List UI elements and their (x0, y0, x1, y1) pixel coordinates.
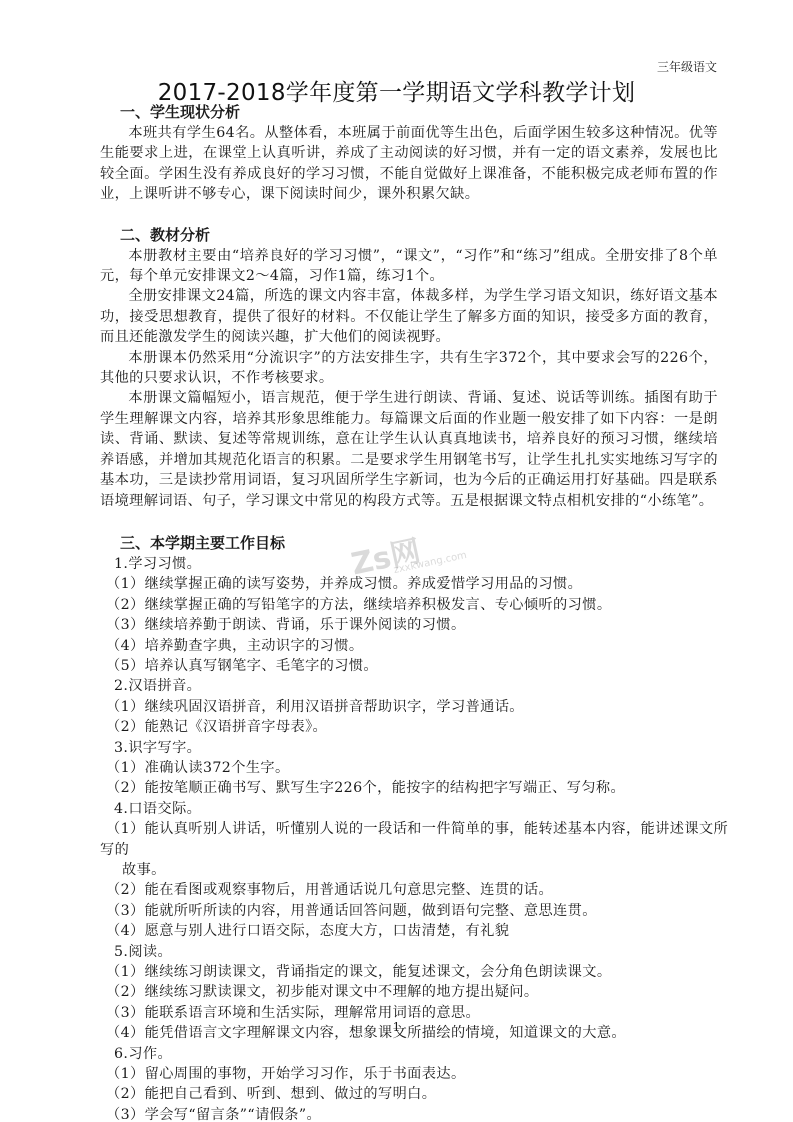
goal-item: （2）继续练习默读课文，初步能对课文中不理解的地方提出疑问。 (100, 982, 718, 1002)
goal-group-title: 4.口语交际。 (100, 799, 718, 819)
goal-group-title: 5.阅读。 (100, 942, 718, 962)
paragraph: 本册教材主要由“培养良好的学习习惯”，“课文”，“习作”和“练习”组成。全册安排… (100, 246, 718, 287)
goal-item: （3）学会写“留言条”“请假条”。 (100, 1105, 718, 1122)
goal-group-title: 2.汉语拼音。 (100, 676, 718, 696)
goal-item: （5）培养认真写钢笔字、毛笔字的习惯。 (100, 656, 718, 676)
spacer (100, 205, 718, 225)
paragraph: 本班共有学生64名。从整体看，本班属于前面优等生出色，后面学困生较多这种情况。优… (100, 123, 718, 205)
paragraph: 全册安排课文24篇，所选的课文内容丰富，体裁多样，为学生学习语文知识，练好语文基… (100, 286, 718, 347)
goal-item: （2）继续掌握正确的写铅笔字的方法，继续培养积极发言、专心倾听的习惯。 (100, 595, 718, 615)
section-heading-textbook-analysis: 二、教材分析 (100, 225, 718, 246)
goal-item: （4）愿意与别人进行口语交际，态度大方，口齿清楚，有礼貌 (100, 921, 718, 941)
header-subject-label: 三年级语文 (657, 58, 717, 75)
goal-item: （2）能按笔顺正确书写、默写生字226个，能按字的结构把字写端正、写匀称。 (100, 778, 718, 798)
goal-item-wrap: 写的 (100, 840, 718, 860)
goal-item: （1）准确认读372个生字。 (100, 758, 718, 778)
goal-item: （3）能就所听所读的内容，用普通话回答问题，做到语句完整、意思连贯。 (100, 901, 718, 921)
goal-item: （2）能把自己看到、听到、想到、做过的写明白。 (100, 1084, 718, 1104)
goal-item: （3）继续培养勤于朗读、背诵，乐于课外阅读的习惯。 (100, 615, 718, 635)
section-heading-student-analysis: 一、学生现状分析 (100, 102, 718, 123)
paragraph: 本册课本仍然采用“分流识字”的方法安排生字，共有生字372个，其中要求会写的22… (100, 348, 718, 389)
goal-item: （1）留心周围的事物，开始学习习作，乐于书面表达。 (100, 1064, 718, 1084)
goal-item: （2）能熟记《汉语拼音字母表》。 (100, 717, 718, 737)
goal-group-title: 3.识字写字。 (100, 738, 718, 758)
page-number: 1 (0, 1020, 793, 1034)
goal-item: （4）培养勤查字典，主动识字的习惯。 (100, 636, 718, 656)
paragraph: 本册课文篇幅短小，语言规范，便于学生进行朗读、背诵、复述、说话等训练。插图有助于… (100, 388, 718, 510)
document-body: 一、学生现状分析 本班共有学生64名。从整体看，本班属于前面优等生出色，后面学困… (100, 102, 718, 1122)
goal-group-title: 6.习作。 (100, 1044, 718, 1064)
goal-item: （1）继续巩固汉语拼音，利用汉语拼音帮助识字，学习普通话。 (100, 697, 718, 717)
goal-item: （1）继续练习朗读课文，背诵指定的课文，能复述课文，会分角色朗读课文。 (100, 962, 718, 982)
goal-item: （1）继续掌握正确的读写姿势，并养成习惯。养成爱惜学习用品的习惯。 (100, 574, 718, 594)
goal-item: （2）能在看图或观察事物后，用普通话说几句意思完整、连贯的话。 (100, 880, 718, 900)
goal-item-wrap: 故事。 (100, 860, 718, 880)
goal-item: （1）能认真听别人讲话，听懂别人说的一段话和一件简单的事，能转述基本内容，能讲述… (100, 819, 718, 839)
